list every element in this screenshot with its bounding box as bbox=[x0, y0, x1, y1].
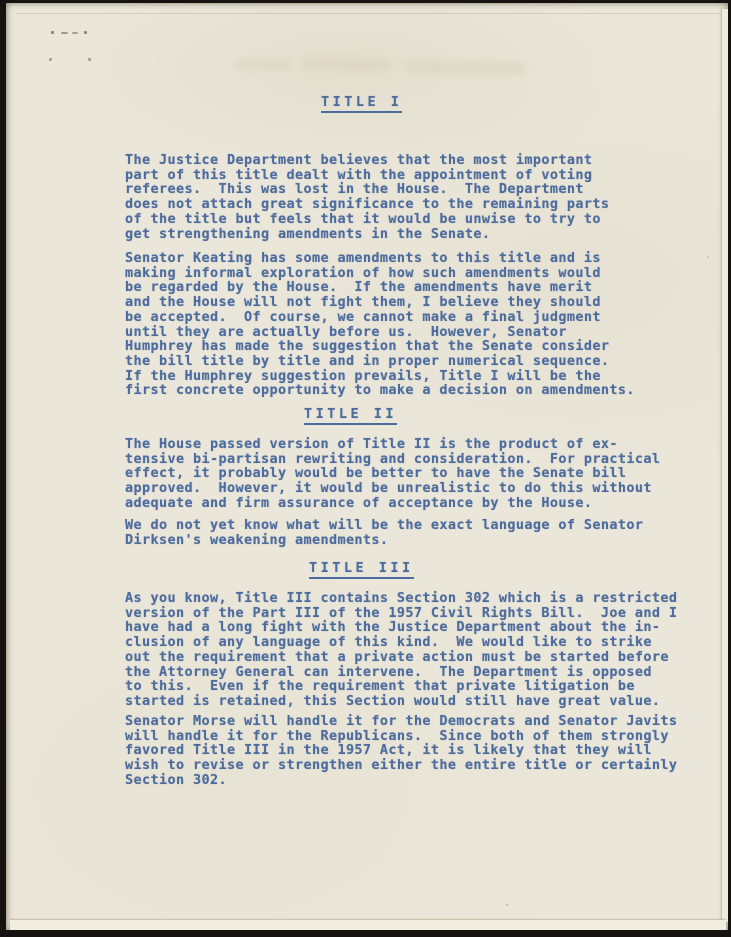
paragraph-title-i-2: Senator Keating has some amendments to t… bbox=[125, 251, 635, 398]
paper-speck bbox=[707, 256, 709, 258]
paragraph-title-ii-2: We do not yet know what will be the exac… bbox=[125, 518, 643, 547]
section-heading-title-ii: TITLE II bbox=[304, 407, 397, 425]
scanned-document: TITLE I The Justice Department believes … bbox=[0, 0, 731, 937]
paragraph-title-i-1: The Justice Department believes that the… bbox=[125, 153, 609, 241]
paragraph-title-ii-1: The House passed version of Title II is … bbox=[125, 437, 660, 511]
paragraph-title-iii-2: Senator Morse will handle it for the Dem… bbox=[125, 714, 677, 788]
ink-bleed-ghost bbox=[231, 46, 532, 91]
section-heading-title-iii: TITLE III bbox=[309, 561, 414, 579]
section-heading-title-i: TITLE I bbox=[321, 95, 402, 113]
paragraph-title-iii-1: As you know, Title III contains Section … bbox=[125, 591, 677, 709]
paper-speck bbox=[506, 904, 508, 906]
paper-crease bbox=[16, 13, 720, 14]
document-page: TITLE I The Justice Department believes … bbox=[6, 3, 728, 930]
